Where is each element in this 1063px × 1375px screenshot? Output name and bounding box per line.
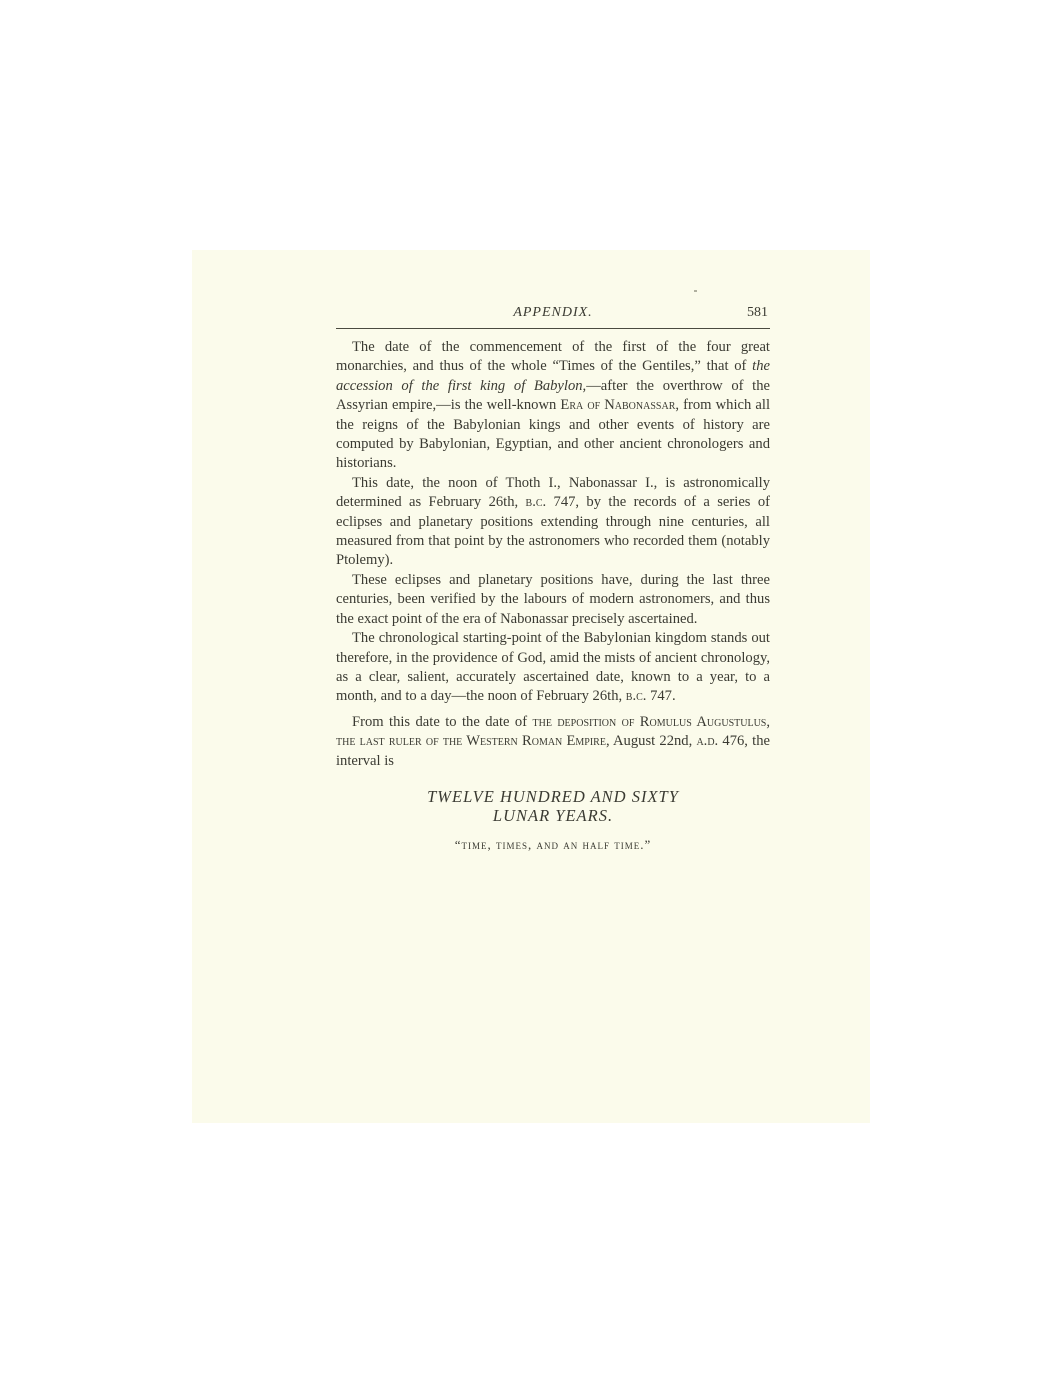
text-run: From this date to the date of (352, 714, 532, 730)
text-run: The chronological starting-point of the … (336, 630, 770, 704)
paragraph: These eclipses and planetary positions h… (336, 571, 770, 629)
small-caps-phrase: a.d. (696, 733, 718, 749)
print-speck (694, 290, 697, 292)
page-number: 581 (747, 303, 768, 322)
paragraph: This date, the noon of Thoth I., Nabonas… (336, 474, 770, 571)
heading-line-2: LUNAR YEARS. (336, 806, 770, 825)
body-text: The date of the commencement of the firs… (336, 338, 770, 854)
paragraphs: The date of the commencement of the firs… (336, 338, 770, 771)
epigraph-quote: “time, times, and an half time.” (336, 835, 770, 854)
text-run: These eclipses and planetary positions h… (336, 572, 770, 627)
section-heading: TWELVE HUNDRED AND SIXTY LUNAR YEARS. (336, 787, 770, 825)
small-caps-phrase: b.c. (626, 688, 647, 704)
heading-line-1: TWELVE HUNDRED AND SIXTY (336, 787, 770, 806)
text-run: 747. (646, 688, 675, 704)
small-caps-phrase: b.c. (526, 494, 547, 510)
book-page: APPENDIX. 581 The date of the commenceme… (192, 250, 870, 1123)
running-title: APPENDIX. (336, 303, 770, 322)
small-caps-phrase: Era of Nabonassar (560, 397, 675, 413)
paragraph: The chronological starting-point of the … (336, 629, 770, 707)
text-run: The date of the commencement of the firs… (336, 339, 770, 374)
text-run: , August 22nd, (606, 733, 696, 749)
page-header: APPENDIX. 581 (336, 303, 770, 323)
paragraph: From this date to the date of the deposi… (336, 713, 770, 771)
paragraph: The date of the commencement of the firs… (336, 338, 770, 474)
header-rule (336, 328, 770, 329)
